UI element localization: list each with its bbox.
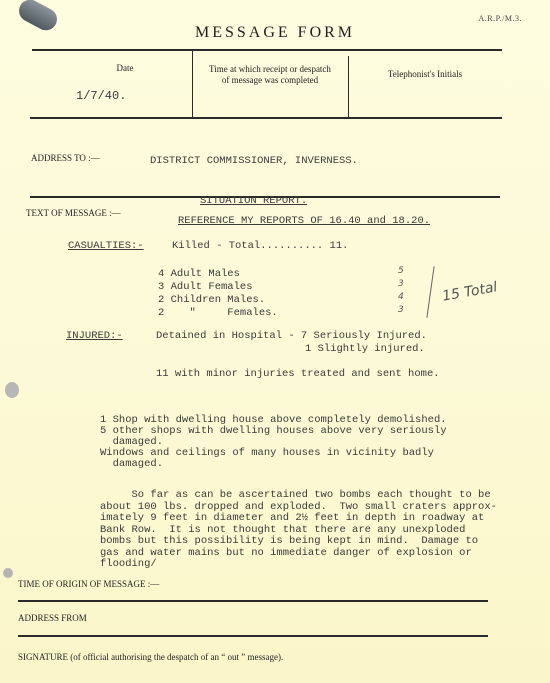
address-to-value: DISTRICT COMMISSIONER, INVERNESS. <box>150 155 358 167</box>
casualties-label: CASUALTIES:- <box>68 240 144 252</box>
divider <box>30 117 502 119</box>
divider <box>348 56 349 119</box>
damage-report: 1 Shop with dwelling house above complet… <box>100 415 447 470</box>
handwritten-tally: 5 <box>398 266 404 276</box>
message-form-page: A.R.P./M.3. MESSAGE FORM Date 1/7/40. Ti… <box>0 0 550 683</box>
minor-injuries: 11 with minor injuries treated and sent … <box>156 368 440 380</box>
time-of-origin-label: TIME OF ORIGIN OF MESSAGE :— <box>18 579 159 589</box>
injured-slightly: 1 Slightly injured. <box>305 343 425 355</box>
date-value: 1/7/40. <box>76 89 126 103</box>
punch-hole <box>3 568 13 578</box>
signature-label: SIGNATURE (of official authorising the d… <box>18 652 283 662</box>
message-heading: SITUATION REPORT. <box>200 195 307 207</box>
address-from-label: ADDRESS FROM <box>18 613 87 623</box>
form-reference: A.R.P./M.3. <box>478 14 522 23</box>
divider <box>32 49 502 51</box>
time-label: Time at which receipt or despatch of mes… <box>195 64 345 86</box>
date-label: Date <box>90 63 160 74</box>
killed-children-males: 2 Children Males. <box>158 294 265 306</box>
killed-total: Killed - Total.......... 11. <box>172 240 348 252</box>
address-to-label: ADDRESS TO :— <box>31 153 100 163</box>
message-reference: REFERENCE MY REPORTS OF 16.40 and 18.20. <box>178 215 430 227</box>
handwritten-tally: 3 <box>398 279 404 289</box>
text-of-message-label: TEXT OF MESSAGE :— <box>26 208 121 218</box>
handwritten-bracket <box>426 266 434 318</box>
injured-hospital: Detained in Hospital - 7 Seriously Injur… <box>156 330 427 342</box>
bomb-paragraph: So far as can be ascertained two bombs e… <box>100 490 497 571</box>
divider <box>18 635 488 637</box>
handwritten-tally: 3 <box>398 305 404 315</box>
handwritten-total: 15 Total <box>441 279 499 304</box>
form-title: MESSAGE FORM <box>0 24 550 42</box>
killed-adult-females: 3 Adult Females <box>158 281 253 293</box>
killed-children-females: 2 " Females. <box>158 307 278 319</box>
injured-label: INJURED:- <box>66 330 123 342</box>
punch-hole <box>5 382 19 398</box>
handwritten-tally: 4 <box>398 292 404 302</box>
killed-adult-males: 4 Adult Males <box>158 268 240 280</box>
divider <box>18 600 488 602</box>
telephonist-label: Telephonist's Initials <box>355 69 495 80</box>
divider <box>192 51 193 118</box>
